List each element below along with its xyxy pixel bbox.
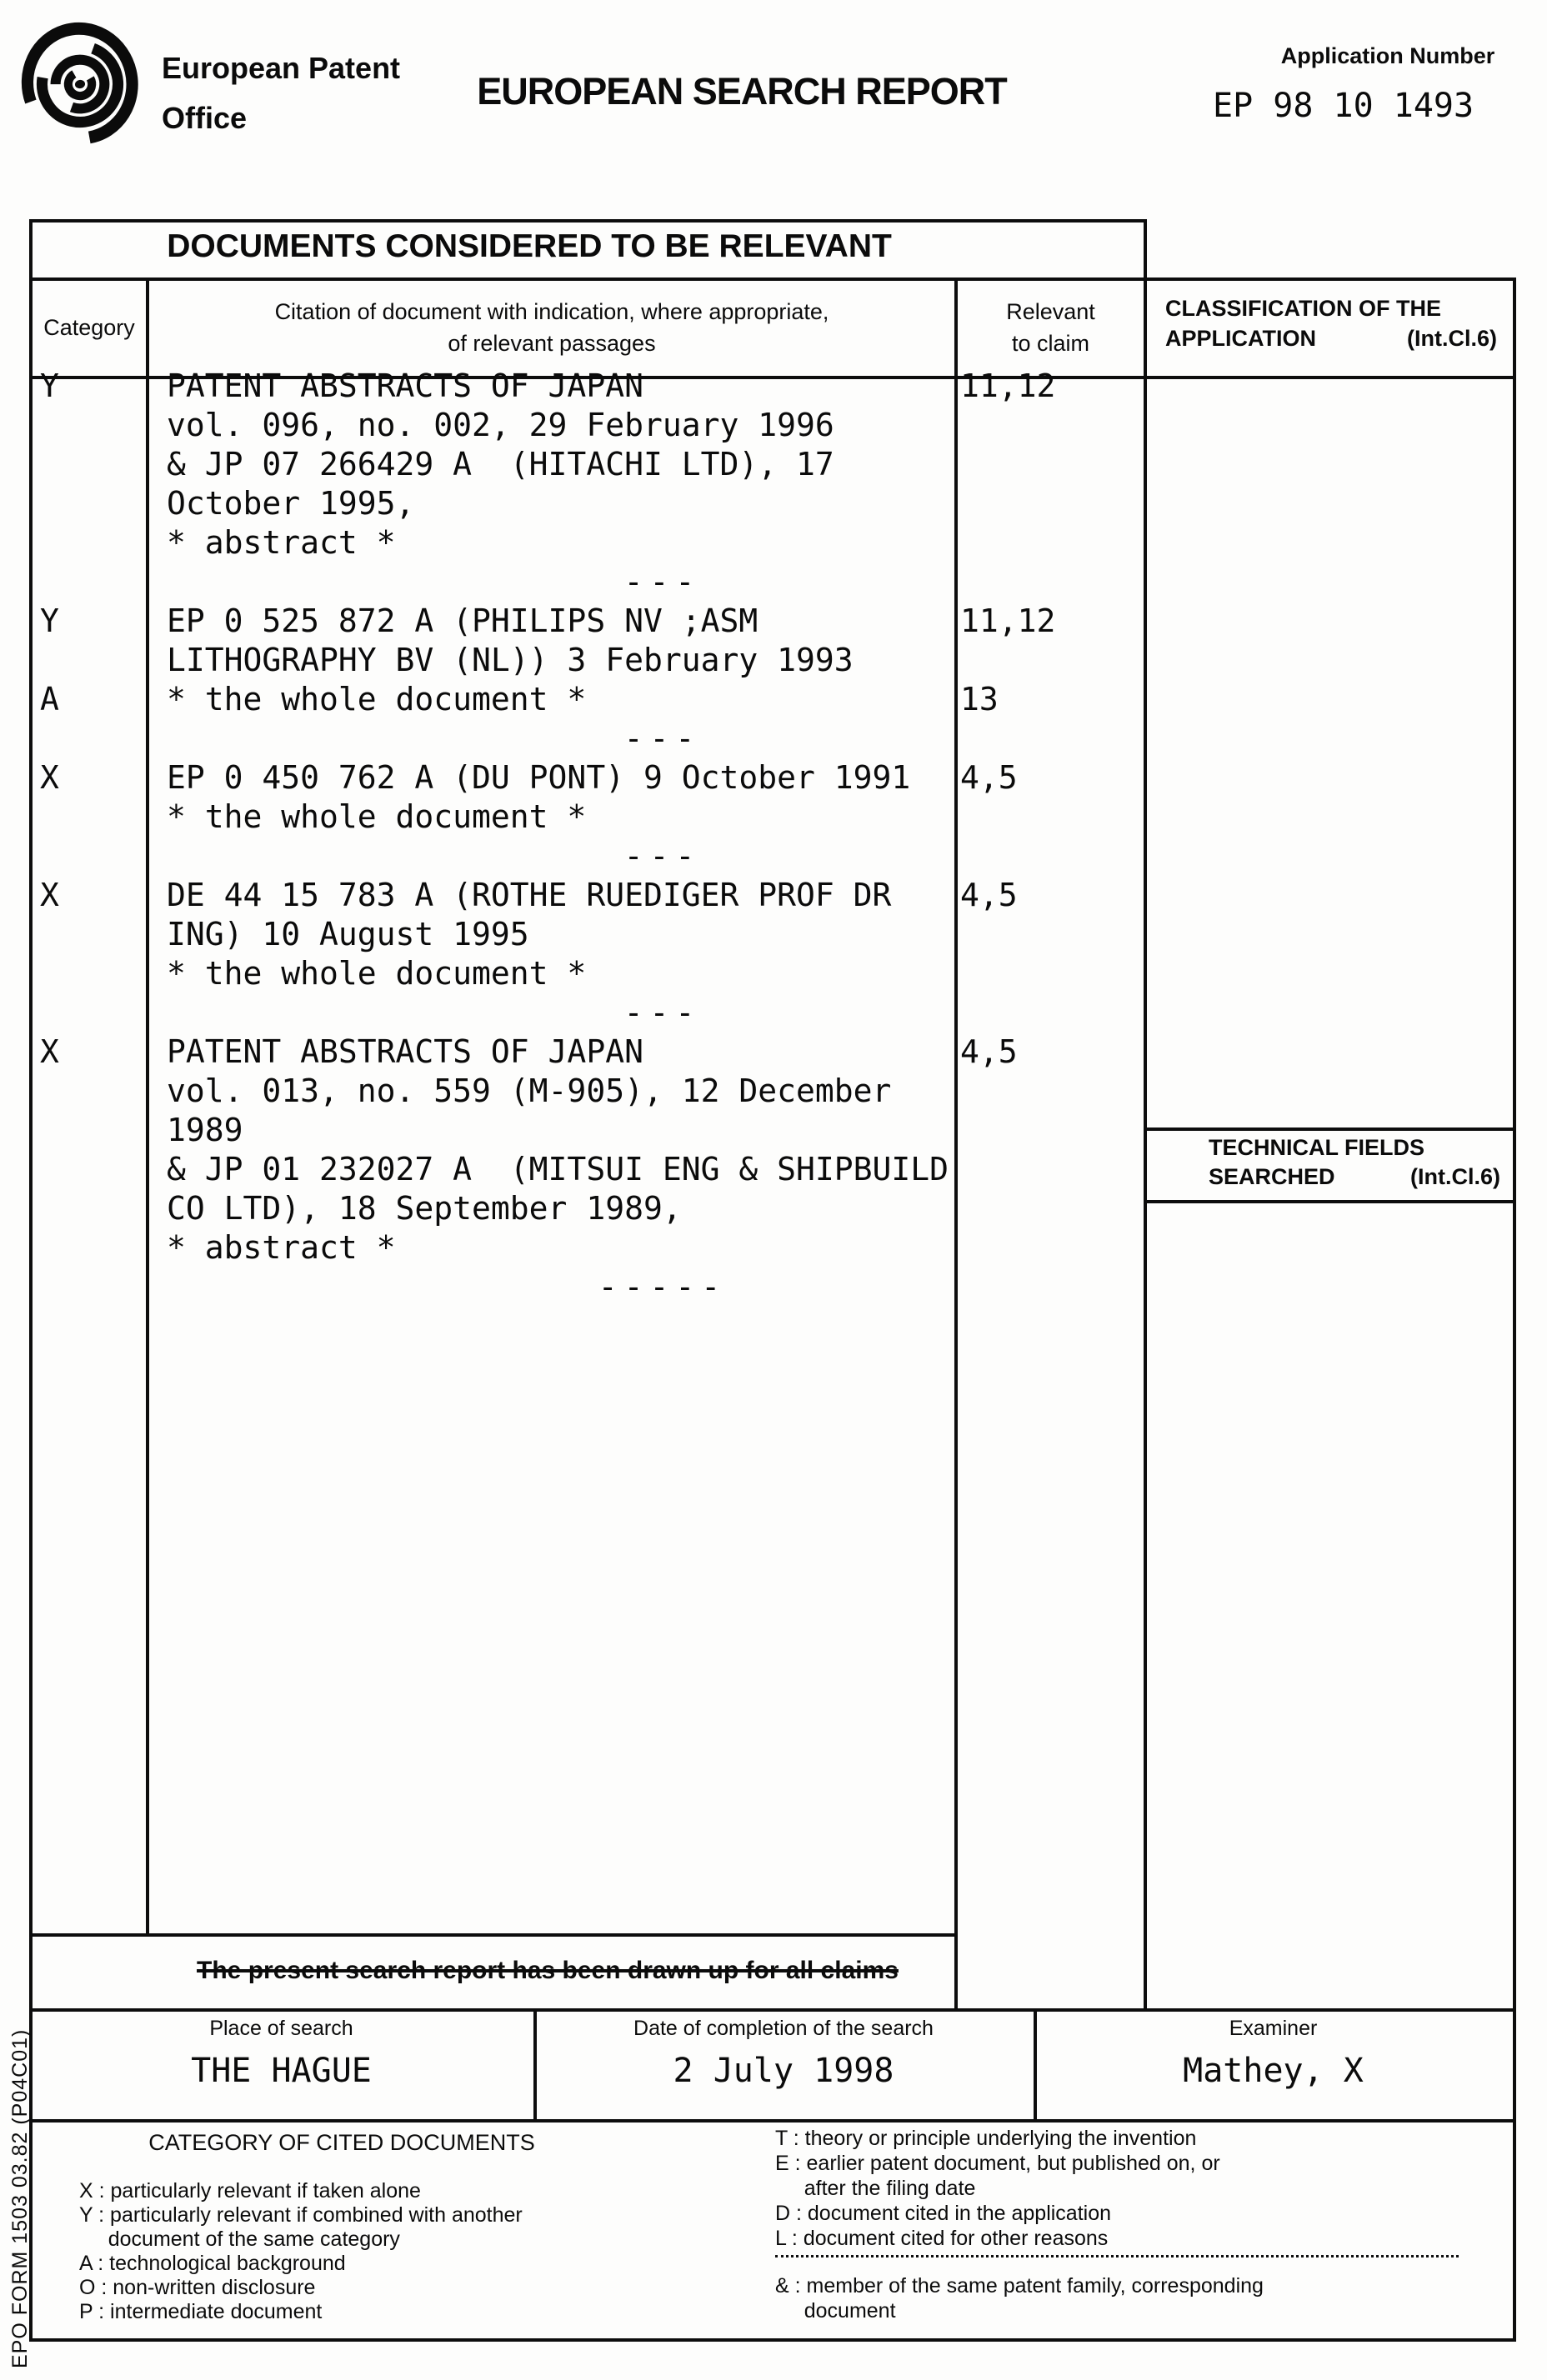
office-name-line1: European Patent [162, 43, 400, 93]
legend-line: T : theory or principle underlying the i… [775, 2126, 1220, 2151]
technical-fields-line1: TECHNICAL FIELDS [1209, 1133, 1500, 1162]
border-claims-bottom [29, 2008, 1516, 2012]
citation-grid: YPATENT ABSTRACTS OF JAPAN11,12vol. 096,… [29, 367, 1144, 1307]
date-of-completion-value: 2 July 1998 [533, 2052, 1034, 2090]
column-header-relevant: Relevant to claim [958, 296, 1144, 359]
entry-separator: --- [267, 562, 1059, 602]
category-cell: X [40, 758, 59, 797]
drawn-up-claims-text: The present search report has been drawn… [197, 1957, 899, 1985]
date-of-completion-label: Date of completion of the search [533, 2017, 1034, 2041]
technical-fields-box: TECHNICAL FIELDS SEARCHED (Int.Cl.6) [1209, 1133, 1500, 1192]
citation-row: vol. 013, no. 559 (M-905), 12 December [29, 1072, 1144, 1111]
relevant-to-claim-cell: 4,5 [960, 1032, 1018, 1072]
legend-right-bottom-list: & : member of the same patent family, co… [775, 2273, 1264, 2323]
examiner-value: Mathey, X [1034, 2052, 1513, 2090]
relevant-to-claim-cell: 13 [960, 680, 999, 719]
citation-line: ING) 10 August 1995 [167, 915, 529, 954]
citation-row: A* the whole document *13 [29, 680, 1144, 719]
entry-separator: --- [267, 993, 1059, 1032]
citation-row: * the whole document * [29, 797, 1144, 837]
legend-line: P : intermediate document [79, 2300, 523, 2324]
citation-row: & JP 01 232027 A (MITSUI ENG & SHIPBUILD [29, 1150, 1144, 1189]
border-place-row-bottom [29, 2119, 1516, 2122]
citation-row: vol. 096, no. 002, 29 February 1996 [29, 406, 1144, 445]
citation-line: vol. 013, no. 559 (M-905), 12 December [167, 1072, 891, 1111]
technical-fields-intcl: (Int.Cl.6) [1410, 1162, 1500, 1192]
drawn-up-claims-row: The present search report has been drawn… [29, 1933, 958, 2008]
column-header-relevant-line1: Relevant [958, 296, 1144, 327]
citation-row: YPATENT ABSTRACTS OF JAPAN11,12 [29, 367, 1144, 406]
relevant-to-claim-cell: 4,5 [960, 876, 1018, 915]
column-header-classification: CLASSIFICATION OF THE APPLICATION (Int.C… [1165, 293, 1499, 353]
citation-line: LITHOGRAPHY BV (NL)) 3 February 1993 [167, 641, 854, 680]
citation-row: 1989 [29, 1111, 1144, 1150]
border-legend-bottom [29, 2338, 1516, 2342]
classification-intcl: (Int.Cl.6) [1407, 323, 1497, 353]
relevant-to-claim-cell: 11,12 [960, 367, 1055, 406]
relevant-to-claim-cell: 4,5 [960, 758, 1018, 797]
citation-row: XDE 44 15 783 A (ROTHE RUEDIGER PROF DR4… [29, 876, 1144, 915]
border-techfields-bottom [1144, 1200, 1516, 1203]
legend-dotted-separator [775, 2255, 1459, 2257]
border-techfields-top [1144, 1127, 1516, 1131]
legend-line: document of the same category [79, 2227, 523, 2252]
citation-row: & JP 07 266429 A (HITACHI LTD), 17 [29, 445, 1144, 484]
examiner-label: Examiner [1034, 2017, 1513, 2041]
citation-line: * the whole document * [167, 797, 586, 837]
border-header-top [29, 277, 1516, 281]
citation-row: --- [29, 993, 1144, 1032]
legend-line: X : particularly relevant if taken alone [79, 2179, 523, 2203]
legend-line: D : document cited in the application [775, 2201, 1220, 2226]
entry-separator: ----- [267, 1267, 1059, 1307]
column-header-classification-line2: APPLICATION (Int.Cl.6) [1165, 323, 1497, 353]
border-right [1513, 277, 1516, 2342]
legend-title: CATEGORY OF CITED DOCUMENTS [108, 2130, 575, 2156]
report-title: EUROPEAN SEARCH REPORT [450, 70, 1034, 113]
legend-line: Y : particularly relevant if combined wi… [79, 2203, 523, 2227]
column-header-citation-line1: Citation of document with indication, wh… [149, 296, 954, 327]
citation-line: & JP 01 232027 A (MITSUI ENG & SHIPBUILD [167, 1150, 949, 1189]
epo-logo-icon [17, 10, 143, 153]
citation-line: 1989 [167, 1111, 243, 1150]
legend-line: E : earlier patent document, but publish… [775, 2151, 1220, 2176]
citation-row: ----- [29, 1267, 1144, 1307]
column-header-citation-line2: of relevant passages [149, 327, 954, 359]
technical-fields-line2: SEARCHED (Int.Cl.6) [1209, 1162, 1500, 1192]
place-of-search-value: THE HAGUE [29, 2052, 533, 2090]
citation-line: * abstract * [167, 523, 396, 562]
column-header-relevant-line2: to claim [958, 327, 1144, 359]
citation-row: October 1995, [29, 484, 1144, 523]
legend-line: L : document cited for other reasons [775, 2226, 1220, 2251]
citation-row: --- [29, 719, 1144, 758]
category-cell: A [40, 680, 59, 719]
legend-line: O : non-written disclosure [79, 2276, 523, 2300]
european-search-report-page: European Patent Office EUROPEAN SEARCH R… [0, 0, 1547, 2380]
citation-row: XEP 0 450 762 A (DU PONT) 9 October 1991… [29, 758, 1144, 797]
office-name-line2: Office [162, 93, 400, 143]
category-cell: Y [40, 602, 59, 641]
citation-line: DE 44 15 783 A (ROTHE RUEDIGER PROF DR [167, 876, 891, 915]
citation-line: vol. 096, no. 002, 29 February 1996 [167, 406, 834, 445]
citation-line: EP 0 450 762 A (DU PONT) 9 October 1991 [167, 758, 910, 797]
application-number-label: Application Number [1267, 43, 1509, 69]
citation-line: * abstract * [167, 1228, 396, 1267]
citation-row: LITHOGRAPHY BV (NL)) 3 February 1993 [29, 641, 1144, 680]
column-header-category: Category [29, 312, 149, 343]
relevant-to-claim-cell: 11,12 [960, 602, 1055, 641]
citation-line: CO LTD), 18 September 1989, [167, 1189, 682, 1228]
citation-line: EP 0 525 872 A (PHILIPS NV ;ASM [167, 602, 758, 641]
legend-left-list: X : particularly relevant if taken alone… [79, 2179, 523, 2324]
column-header-citation: Citation of document with indication, wh… [149, 296, 954, 359]
column-header-classification-line1: CLASSIFICATION OF THE [1165, 293, 1499, 323]
legend-line: & : member of the same patent family, co… [775, 2273, 1264, 2298]
office-name: European Patent Office [162, 43, 400, 143]
entry-separator: --- [267, 719, 1059, 758]
citation-row: XPATENT ABSTRACTS OF JAPAN4,5 [29, 1032, 1144, 1072]
citation-line: PATENT ABSTRACTS OF JAPAN [167, 1032, 643, 1072]
citation-line: * the whole document * [167, 680, 586, 719]
citation-row: --- [29, 562, 1144, 602]
citation-row: --- [29, 837, 1144, 876]
documents-table-title: DOCUMENTS CONSIDERED TO BE RELEVANT [29, 228, 1029, 265]
legend-line: document [775, 2298, 1264, 2323]
citation-row: CO LTD), 18 September 1989, [29, 1189, 1144, 1228]
category-cell: Y [40, 367, 59, 406]
classification-word: APPLICATION [1165, 323, 1316, 353]
entry-separator: --- [267, 837, 1059, 876]
application-number: EP 98 10 1493 [1213, 87, 1474, 125]
citation-line: & JP 07 266429 A (HITACHI LTD), 17 [167, 445, 834, 484]
technical-fields-searched: SEARCHED [1209, 1162, 1335, 1192]
citation-line: * the whole document * [167, 954, 586, 993]
citation-line: PATENT ABSTRACTS OF JAPAN [167, 367, 643, 406]
citation-line: October 1995, [167, 484, 414, 523]
form-id-vertical: EPO FORM 1503 03.82 (P04C01) [8, 2029, 33, 2368]
legend-right-top-list: T : theory or principle underlying the i… [775, 2126, 1220, 2251]
category-cell: X [40, 876, 59, 915]
citation-row: YEP 0 525 872 A (PHILIPS NV ;ASM11,12 [29, 602, 1144, 641]
legend-line: after the filing date [775, 2176, 1220, 2201]
citation-row: * the whole document * [29, 954, 1144, 993]
place-of-search-label: Place of search [29, 2017, 533, 2041]
legend-line: A : technological background [79, 2252, 523, 2276]
citation-row: * abstract * [29, 1228, 1144, 1267]
border-classification-divider [1144, 219, 1147, 2012]
border-doc-top [29, 219, 1147, 222]
category-cell: X [40, 1032, 59, 1072]
citation-row: * abstract * [29, 523, 1144, 562]
citation-row: ING) 10 August 1995 [29, 915, 1144, 954]
